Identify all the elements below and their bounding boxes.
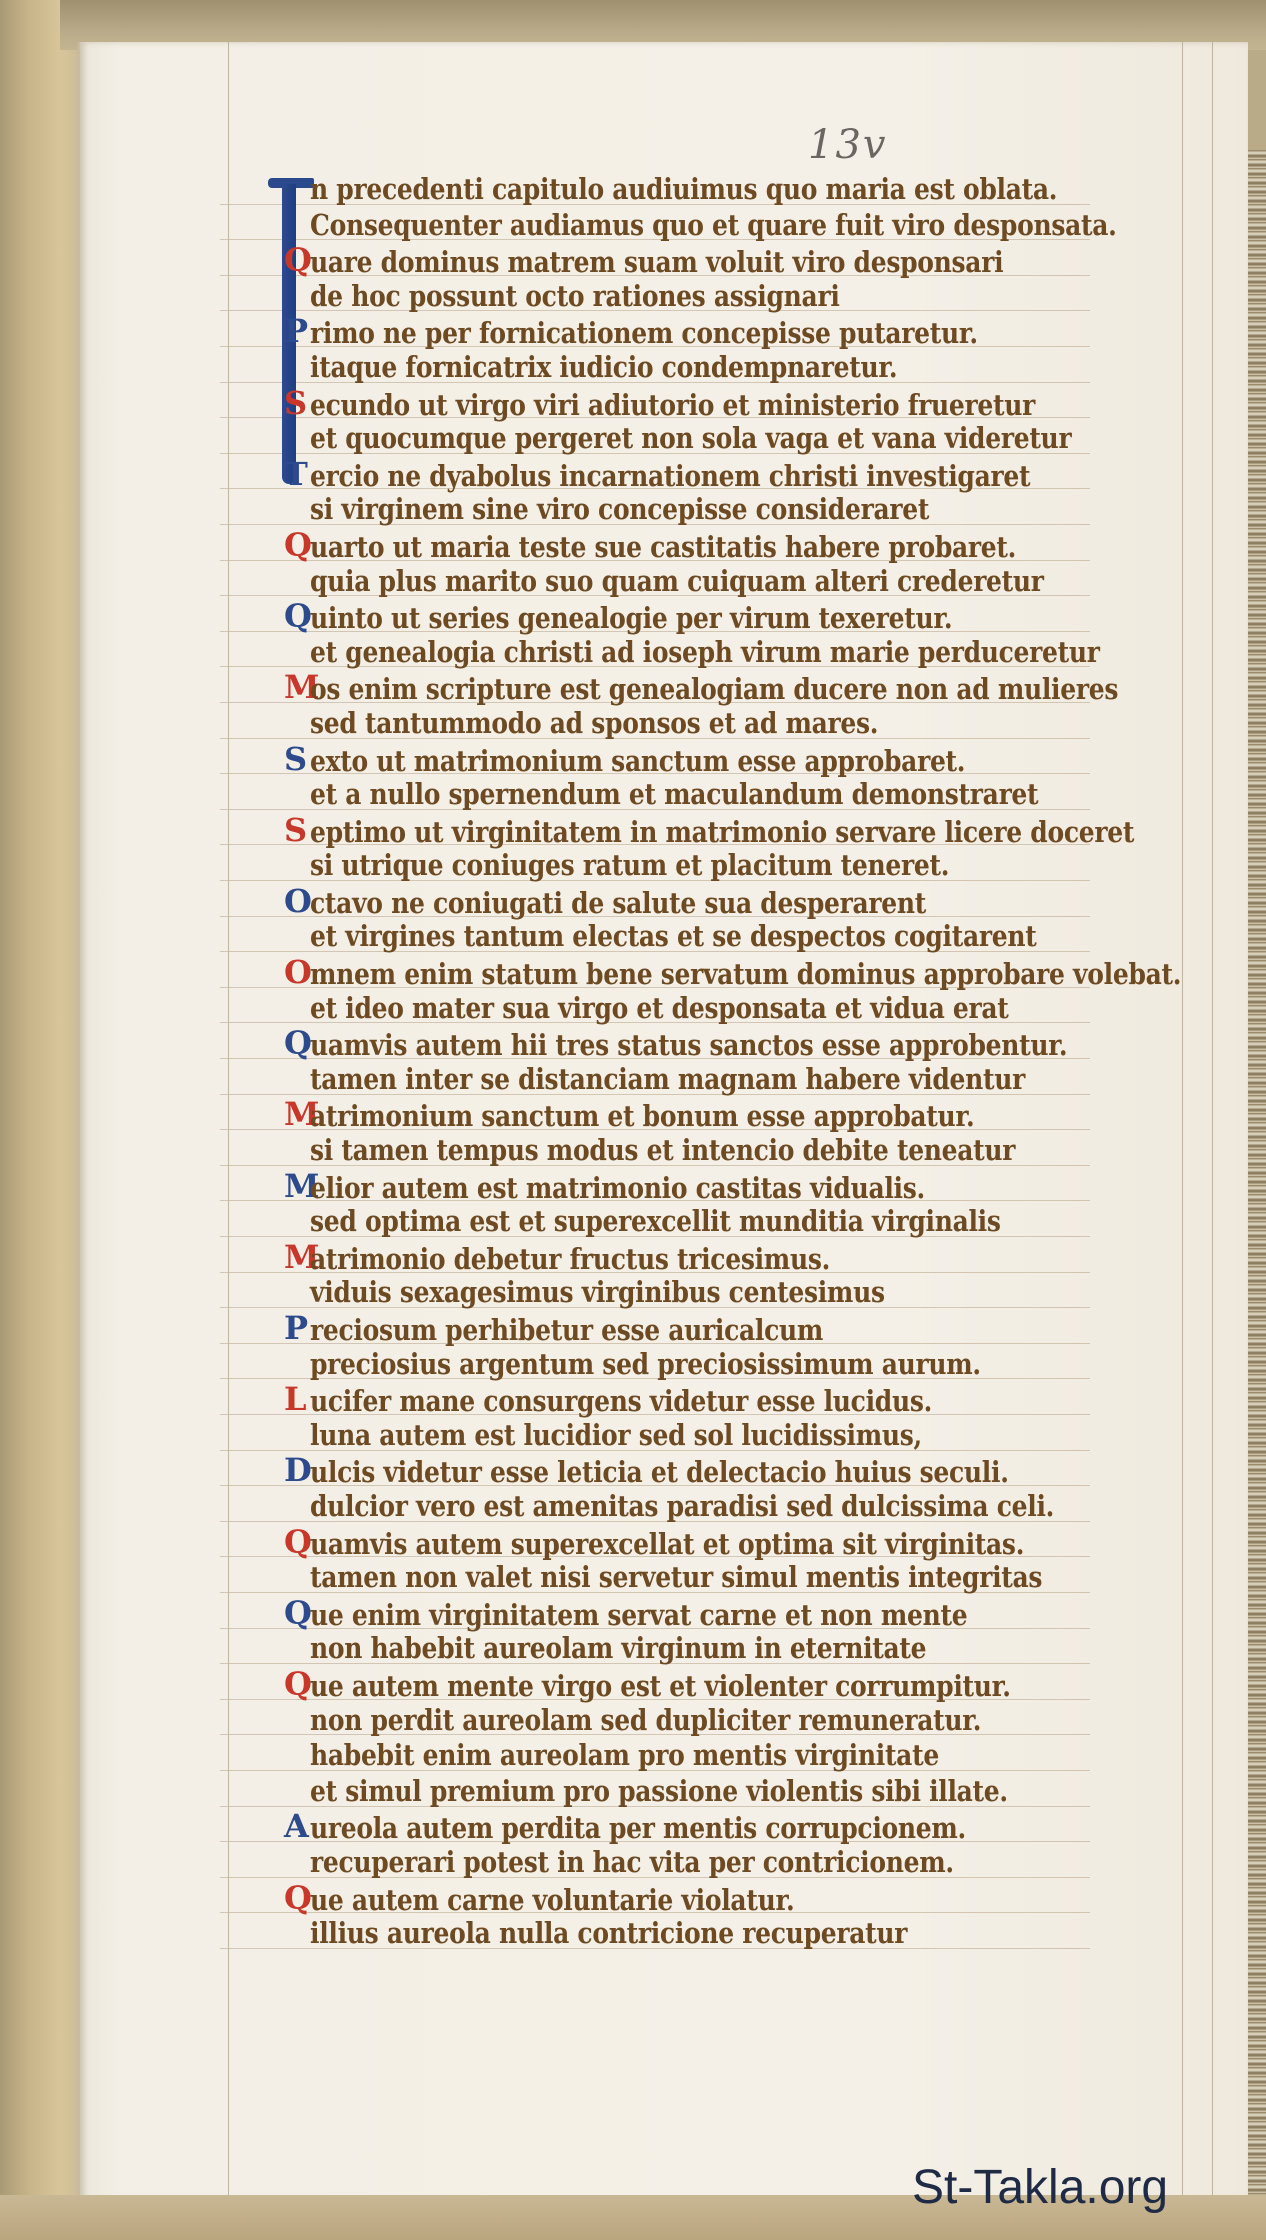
manuscript-text: n precedenti capitulo audiuimus quo mari… <box>310 172 1190 1952</box>
text-line: Que autem mente virgo est et violenter c… <box>310 1667 1190 1703</box>
line-text: si tamen tempus modus et intencio debite… <box>310 1130 1015 1171</box>
text-line: preciosius argentum sed preciosissimum a… <box>310 1347 1190 1383</box>
line-text: tamen inter se distanciam magnam habere … <box>310 1059 1025 1100</box>
ruling-outer-margin <box>1212 42 1213 2202</box>
text-line: et virgines tantum electas et se despect… <box>310 919 1190 955</box>
rubricated-initial: Q <box>284 599 310 635</box>
line-text: sed optima est et superexcellit munditia… <box>310 1202 1001 1243</box>
text-line: si tamen tempus modus et intencio debite… <box>310 1133 1190 1169</box>
text-line: tamen inter se distanciam magnam habere … <box>310 1062 1190 1098</box>
rubricated-initial: Q <box>284 243 310 279</box>
text-line: non habebit aureolam virginum in eternit… <box>310 1631 1190 1667</box>
rubricated-initial: D <box>284 1453 310 1489</box>
text-line: sed tantummodo ad sponsos et ad mares. <box>310 706 1190 742</box>
text-line: non perdit aureolam sed dupliciter remun… <box>310 1703 1190 1739</box>
text-line: Lucifer mane consurgens videtur esse luc… <box>310 1382 1190 1418</box>
text-line: Que autem carne voluntarie violatur. <box>310 1881 1190 1917</box>
rubricated-initial: P <box>284 314 310 350</box>
rubricated-initial: S <box>284 813 310 849</box>
line-text: n precedenti capitulo audiuimus quo mari… <box>310 169 1057 210</box>
line-text: viduis sexagesimus virginibus centesimus <box>310 1273 885 1314</box>
rubricated-initial: Q <box>284 1881 310 1917</box>
text-line: tamen non valet nisi servetur simul ment… <box>310 1560 1190 1596</box>
rubricated-initial: Q <box>284 1596 310 1632</box>
text-line: Consequenter audiamus quo et quare fuit … <box>310 208 1190 244</box>
line-text: et virgines tantum electas et se despect… <box>310 917 1036 958</box>
rubricated-initial: S <box>284 742 310 778</box>
text-line: Secundo ut virgo viri adiutorio et minis… <box>310 386 1190 422</box>
line-text: si virginem sine viro concepisse conside… <box>310 490 929 531</box>
line-text: et a nullo spernendum et maculandum demo… <box>310 774 1038 815</box>
text-line: et genealogia christi ad ioseph virum ma… <box>310 635 1190 671</box>
rubricated-initial: P <box>284 1311 310 1347</box>
text-line: de hoc possunt octo rationes assignari <box>310 279 1190 315</box>
text-line: n precedenti capitulo audiuimus quo mari… <box>310 172 1190 208</box>
line-text: sed tantummodo ad sponsos et ad mares. <box>310 703 878 744</box>
text-line: Sexto ut matrimonium sanctum esse approb… <box>310 742 1190 778</box>
watermark: St-Takla.org <box>912 2160 1168 2215</box>
line-text: non habebit aureolam virginum in eternit… <box>310 1629 926 1670</box>
line-text: et ideo mater sua virgo et desponsata et… <box>310 988 1009 1029</box>
text-line: si utrique coniuges ratum et placitum te… <box>310 848 1190 884</box>
text-line: Quinto ut series genealogie per virum te… <box>310 599 1190 635</box>
rubricated-initial: M <box>284 670 310 706</box>
rubricated-initial: A <box>284 1809 310 1845</box>
line-text: itaque fornicatrix iudicio condempnaretu… <box>310 347 897 388</box>
text-line: et a nullo spernendum et maculandum demo… <box>310 777 1190 813</box>
line-text: luna autem est lucidior sed sol lucidiss… <box>310 1415 922 1456</box>
line-text: recuperari potest in hac vita per contri… <box>310 1842 954 1883</box>
text-line: Aureola autem perdita per mentis corrupc… <box>310 1809 1190 1845</box>
text-line: illius aureola nulla contricione recuper… <box>310 1916 1190 1952</box>
text-line: luna autem est lucidior sed sol lucidiss… <box>310 1418 1190 1454</box>
rubricated-initial: O <box>284 955 310 991</box>
text-line: Quare dominus matrem suam voluit viro de… <box>310 243 1190 279</box>
text-line: Primo ne per fornicationem concepisse pu… <box>310 314 1190 350</box>
text-line: Septimo ut virginitatem in matrimonio se… <box>310 813 1190 849</box>
line-text: habebit enim aureolam pro mentis virgini… <box>310 1735 939 1776</box>
rubricated-initial: Q <box>284 1667 310 1703</box>
page-stack-edge <box>1245 150 1266 2210</box>
rubricated-initial: S <box>284 386 310 422</box>
line-text: et genealogia christi ad ioseph virum ma… <box>310 632 1100 673</box>
rubricated-initial: Q <box>284 528 310 564</box>
rubricated-initial: O <box>284 884 310 920</box>
line-text: tamen non valet nisi servetur simul ment… <box>310 1557 1042 1598</box>
text-line: et simul premium pro passione violentis … <box>310 1774 1190 1810</box>
text-line: recuperari potest in hac vita per contri… <box>310 1845 1190 1881</box>
line-text: Consequenter audiamus quo et quare fuit … <box>310 205 1117 246</box>
text-line: sed optima est et superexcellit munditia… <box>310 1204 1190 1240</box>
text-line: Melior autem est matrimonio castitas vid… <box>310 1169 1190 1205</box>
text-line: Preciosum perhibetur esse auricalcum <box>310 1311 1190 1347</box>
line-text: illius aureola nulla contricione recuper… <box>310 1913 907 1954</box>
rubricated-initial: M <box>284 1240 310 1276</box>
text-line: Matrimonium sanctum et bonum esse approb… <box>310 1097 1190 1133</box>
text-line: itaque fornicatrix iudicio condempnaretu… <box>310 350 1190 386</box>
line-text: dulcior vero est amenitas paradisi sed d… <box>310 1486 1054 1527</box>
text-line: Dulcis videtur esse leticia et delectaci… <box>310 1453 1190 1489</box>
line-text: et simul premium pro passione violentis … <box>310 1771 1008 1812</box>
line-text: et quocumque pergeret non sola vaga et v… <box>310 418 1071 459</box>
line-text: quia plus marito suo quam cuiquam alteri… <box>310 561 1044 602</box>
text-line: et ideo mater sua virgo et desponsata et… <box>310 991 1190 1027</box>
rubricated-initial: L <box>284 1382 310 1418</box>
text-line: Quamvis autem superexcellat et optima si… <box>310 1525 1190 1561</box>
text-line: Quarto ut maria teste sue castitatis hab… <box>310 528 1190 564</box>
text-line: habebit enim aureolam pro mentis virgini… <box>310 1738 1190 1774</box>
text-line: dulcior vero est amenitas paradisi sed d… <box>310 1489 1190 1525</box>
line-text: si utrique coniuges ratum et placitum te… <box>310 846 949 887</box>
text-line: Que enim virginitatem servat carne et no… <box>310 1596 1190 1632</box>
rubricated-initial: M <box>284 1169 310 1205</box>
rubricated-initial: Q <box>284 1026 310 1062</box>
text-line: viduis sexagesimus virginibus centesimus <box>310 1275 1190 1311</box>
text-line: et quocumque pergeret non sola vaga et v… <box>310 421 1190 457</box>
text-line: Tercio ne dyabolus incarnationem christi… <box>310 457 1190 493</box>
rubricated-initial: Q <box>284 1525 310 1561</box>
rubricated-initial: T <box>284 457 310 493</box>
text-line: quia plus marito suo quam cuiquam alteri… <box>310 564 1190 600</box>
text-line: Octavo ne coniugati de salute sua desper… <box>310 884 1190 920</box>
rubricated-initial: M <box>284 1097 310 1133</box>
ruling-left-margin <box>228 42 229 2202</box>
text-line: Matrimonio debetur fructus tricesimus. <box>310 1240 1190 1276</box>
text-line: Quamvis autem hii tres status sanctos es… <box>310 1026 1190 1062</box>
text-line: Omnem enim statum bene servatum dominus … <box>310 955 1190 991</box>
text-line: si virginem sine viro concepisse conside… <box>310 492 1190 528</box>
line-text: de hoc possunt octo rationes assignari <box>310 276 840 317</box>
folio-number: 13v <box>808 122 888 168</box>
line-text: preciosius argentum sed preciosissimum a… <box>310 1344 981 1385</box>
text-line: Mos enim scripture est genealogiam ducer… <box>310 670 1190 706</box>
